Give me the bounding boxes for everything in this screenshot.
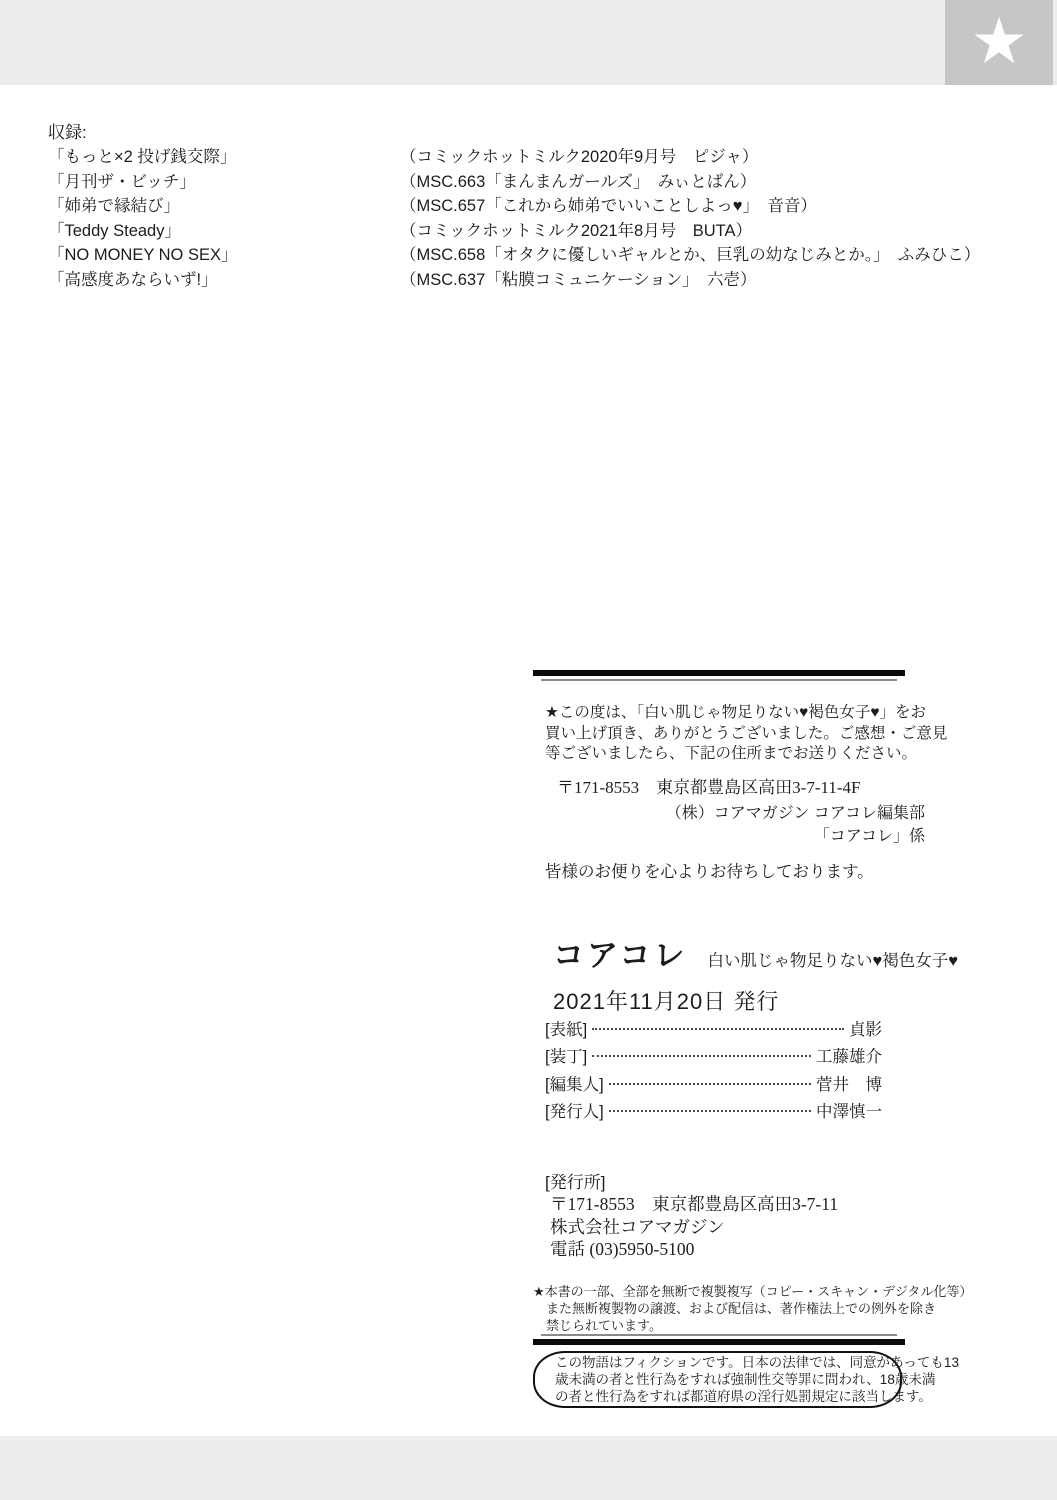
credit-name: 中澤慎一	[816, 1098, 882, 1122]
publisher-postal: 〒171-8553 東京都豊島区高田3-7-11	[550, 1193, 838, 1216]
message-line: 等ございましたら、下記の住所までお送りください。	[545, 744, 925, 765]
message-line: 買い上げ頂き、ありがとうございました。ご感想・ご意見	[545, 724, 925, 745]
publisher-label: [発行所]	[545, 1168, 838, 1193]
story-title: 「Teddy Steady」	[48, 219, 400, 244]
dot-leader	[609, 1110, 811, 1112]
list-item: 「Teddy Steady」 （コミックホットミルク2021年8月号 BUTA）	[48, 219, 980, 244]
series-title: コアコレ	[553, 930, 687, 975]
story-source: （MSC.657「これから姉弟でいいことしよっ♥」 音音）	[400, 194, 817, 219]
edition-block: コアコレ 白い肌じゃ物足りない♥褐色女子♥ 2021年11月20日 発行	[553, 930, 958, 1016]
copyright-line: ★本書の一部、全部を無断で複製複写（コピー・スキャン・デジタル化等）	[533, 1283, 972, 1300]
editorial-section: 「コアコレ」係	[545, 825, 925, 848]
thank-you-message: ★この度は、「白い肌じゃ物足りない♥褐色女子♥」をお 買い上げ頂き、ありがとうご…	[545, 703, 925, 882]
decorative-rule-bottom	[533, 1334, 905, 1345]
list-item: 「姉弟で縁結び」 （MSC.657「これから姉弟でいいことしよっ♥」 音音）	[48, 194, 980, 219]
rule-thin-line	[541, 1334, 897, 1336]
credit-name: 貞影	[849, 1016, 882, 1040]
credit-label: [表紙]	[545, 1016, 587, 1040]
message-closing: 皆様のお便りを心よりお待ちしております。	[545, 858, 925, 882]
story-title: 「高感度あならいず!」	[48, 268, 400, 293]
copyright-line: また無断複製物の譲渡、および配信は、著作権法上での例外を除き	[546, 1300, 972, 1317]
star-tab: ★	[945, 0, 1053, 85]
book-subtitle: 白い肌じゃ物足りない♥褐色女子♥	[707, 947, 958, 971]
credit-name: 工藤雄介	[816, 1043, 882, 1067]
list-item: 「高感度あならいず!」 （MSC.637「粘膜コミュニケーション」 六壱）	[48, 268, 980, 293]
credit-row: [装丁] 工藤雄介	[545, 1042, 882, 1070]
story-title: 「NO MONEY NO SEX」	[48, 243, 400, 268]
rule-thin-line	[541, 679, 897, 681]
editorial-department: （株）コアマガジン コアコレ編集部	[545, 802, 925, 825]
decorative-rule-top	[533, 670, 905, 681]
story-title: 「月刊ザ・ビッチ」	[48, 170, 400, 195]
disclaimer-line: の者と性行為をすれば都道府県の淫行処罰規定に該当します。	[555, 1388, 900, 1405]
dot-leader	[592, 1055, 811, 1057]
story-source: （MSC.663「まんまんガールズ」 みぃとばん）	[400, 170, 756, 195]
message-line: ★この度は、「白い肌じゃ物足りない♥褐色女子♥」をお	[545, 703, 925, 724]
credit-label: [装丁]	[545, 1043, 587, 1067]
list-item: 「NO MONEY NO SEX」 （MSC.658「オタクに優しいギャルとか、…	[48, 243, 980, 268]
message-paragraph: ★この度は、「白い肌じゃ物足りない♥褐色女子♥」をお 買い上げ頂き、ありがとうご…	[545, 703, 925, 765]
publication-date: 2021年11月20日 発行	[553, 985, 958, 1016]
story-title: 「姉弟で縁結び」	[48, 194, 400, 219]
list-item: 「月刊ザ・ビッチ」 （MSC.663「まんまんガールズ」 みぃとばん）	[48, 170, 980, 195]
bottom-gray-bar	[0, 1436, 1057, 1500]
contents-heading: 収録:	[48, 120, 980, 145]
rule-thick-line	[533, 670, 905, 676]
story-source: （MSC.658「オタクに優しいギャルとか、巨乳の幼なじみとか。」 ふみひこ）	[400, 243, 980, 268]
publisher-phone: 電話 (03)5950-5100	[550, 1238, 838, 1261]
story-source: （コミックホットミルク2021年8月号 BUTA）	[400, 219, 752, 244]
disclaimer-line: 歳未満の者と性行為をすれば強制性交等罪に問われ、18歳未満	[555, 1371, 900, 1388]
top-gray-bar	[0, 0, 1057, 85]
rule-thick-line	[533, 1339, 905, 1345]
publisher-block: [発行所] 〒171-8553 東京都豊島区高田3-7-11 株式会社コアマガジ…	[545, 1168, 838, 1261]
editorial-address: 〒171-8553 東京都豊島区高田3-7-11-4F	[557, 773, 925, 798]
credit-row: [編集人] 菅井 博	[545, 1069, 882, 1097]
credit-label: [発行人]	[545, 1098, 604, 1122]
disclaimer-line: この物語はフィクションです。日本の法律では、同意があっても13	[555, 1354, 900, 1371]
contents-list: 収録: 「もっと×2 投げ銭交際」 （コミックホットミルク2020年9月号 ピジ…	[48, 120, 980, 292]
star-icon: ★	[970, 9, 1027, 73]
credit-row: [表紙] 貞影	[545, 1014, 882, 1042]
fiction-disclaimer-box: この物語はフィクションです。日本の法律では、同意があっても13 歳未満の者と性行…	[533, 1351, 902, 1408]
dot-leader	[609, 1083, 811, 1085]
credits-list: [表紙] 貞影 [装丁] 工藤雄介 [編集人] 菅井 博 [発行人] 中澤慎一	[545, 1014, 882, 1124]
list-item: 「もっと×2 投げ銭交際」 （コミックホットミルク2020年9月号 ピジャ）	[48, 145, 980, 170]
dot-leader	[592, 1028, 844, 1030]
credit-name: 菅井 博	[816, 1071, 882, 1095]
story-source: （コミックホットミルク2020年9月号 ピジャ）	[400, 145, 758, 170]
copyright-notice: ★本書の一部、全部を無断で複製複写（コピー・スキャン・デジタル化等） また無断複…	[533, 1283, 972, 1334]
story-title: 「もっと×2 投げ銭交際」	[48, 145, 400, 170]
story-source: （MSC.637「粘膜コミュニケーション」 六壱）	[400, 268, 757, 293]
edition-title-line: コアコレ 白い肌じゃ物足りない♥褐色女子♥	[553, 930, 958, 975]
copyright-line: 禁じられています。	[546, 1317, 972, 1334]
colophon-page: ★ 収録: 「もっと×2 投げ銭交際」 （コミックホットミルク2020年9月号 …	[0, 0, 1057, 1500]
publisher-company: 株式会社コアマガジン	[550, 1216, 838, 1239]
credit-row: [発行人] 中澤慎一	[545, 1097, 882, 1125]
credit-label: [編集人]	[545, 1071, 604, 1095]
